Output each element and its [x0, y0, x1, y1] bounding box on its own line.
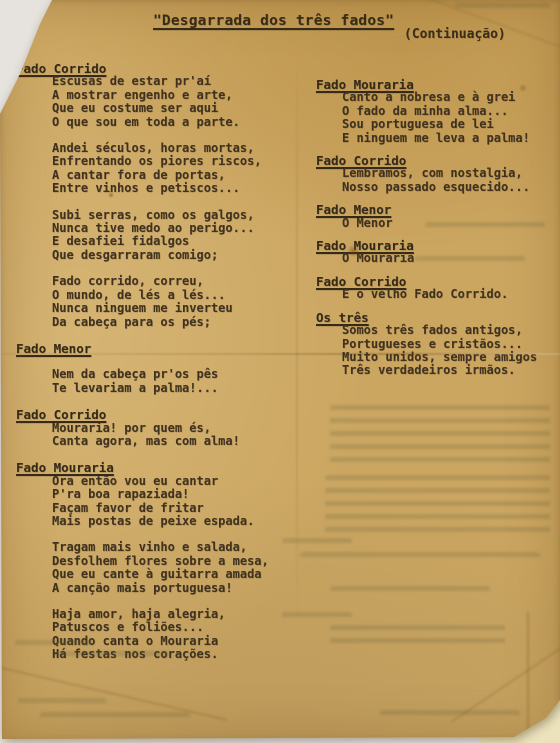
verse-line: Patuscos e foliões... [52, 621, 294, 634]
section-heading: Fado Corrido [16, 408, 294, 421]
section-heading: Fado Corrido [316, 275, 558, 288]
verse-line: Mais postas de peixe espada. [52, 515, 294, 528]
verse-line: P'ra boa rapaziada! [52, 488, 294, 501]
verse-line: Façam favor de fritar [52, 502, 294, 515]
verse-line: Enfrentando os piores riscos, [52, 155, 294, 168]
paper-sheet: "Desgarrada dos três fados" (Continuação… [0, 0, 560, 741]
verse-line: Canto à nobresa e à grei [342, 91, 558, 104]
verse-line: Nunca ninguem me inverteu [52, 302, 294, 315]
fado-section: Fado CorridoE o velho Fado Corrido. [316, 275, 558, 302]
fado-section: Fado MourariaO Mouraria [316, 239, 558, 266]
vertical-fold-crease [296, 60, 298, 620]
verse-line: Desfolhem flores sobre a mesa, [52, 555, 294, 568]
stanza: Haja amor, haja alegria,Patuscos e foliõ… [52, 608, 294, 662]
stanza: Escusas de estar pr'aíA mostrar engenho … [52, 75, 294, 129]
section-heading: Fado Menor [16, 342, 294, 355]
verse-line: Canta agora, mas com alma! [52, 435, 294, 448]
bleed-through-smudge [330, 625, 505, 651]
stanza: Ora então vou eu cantarP'ra boa rapaziad… [52, 475, 294, 529]
verse-line: O Menor [342, 217, 558, 230]
fado-section: Fado CorridoEscusas de estar pr'aíA most… [16, 62, 294, 329]
stanza: Andei séculos, horas mortas,Enfrentando … [52, 142, 294, 196]
verse-line: Entre vinhos e petiscos... [52, 182, 294, 195]
verse-line: Andei séculos, horas mortas, [52, 142, 294, 155]
verse-line: A mostrar engenho e arte, [52, 89, 294, 102]
fado-section: Fado CorridoMouraria! por quem és,Canta … [16, 408, 294, 448]
stanza: Subi serras, como os galgos,Nunca tive m… [52, 209, 294, 263]
verse-line: O Mouraria [342, 252, 558, 265]
section-heading: Fado Mouraria [316, 239, 558, 252]
verse-line: E o velho Fado Corrido. [342, 288, 558, 301]
verse-line: O fado da minha alma... [342, 105, 558, 118]
verse-line: Te levariam a palma!... [52, 382, 294, 395]
continuation-label: (Continuação) [404, 27, 506, 42]
verse-line: Quando canta o Mouraria [52, 635, 294, 648]
diagonal-crease-bottom-right [451, 631, 560, 722]
fado-section: Fado MenorNem da cabeça pr'os pêsTe leva… [16, 342, 294, 395]
verse-line: Que eu cante à guitarra amada [52, 568, 294, 581]
stanza: Somos três fados antigos,Portugueses e c… [342, 324, 558, 378]
verse-line: O que sou em toda a parte. [52, 116, 294, 129]
edge-stain [0, 26, 9, 50]
fado-section: Fado MourariaOra então vou eu cantarP'ra… [16, 461, 294, 661]
verse-line: A canção mais portuguesa! [52, 582, 294, 595]
verse-line: Nem da cabeça pr'os pês [52, 368, 294, 381]
stanza: Mouraria! por quem és,Canta agora, mas c… [52, 422, 294, 449]
bleed-through-smudge [330, 586, 490, 597]
section-heading: Fado Mouraria [316, 78, 558, 91]
fado-section: Fado MourariaCanto à nobresa e à greiO f… [316, 78, 558, 145]
stanza: O Menor [342, 217, 558, 230]
verse-line: E desafiei fidalgos [52, 235, 294, 248]
bleed-through-smudge [325, 475, 550, 537]
verse-line: A cantar fora de portas, [52, 169, 294, 182]
section-heading: Fado Menor [316, 203, 558, 216]
left-column: Fado CorridoEscusas de estar pr'aíA most… [16, 62, 294, 675]
stanza: Fado corrido, correu,O mundo, de lés a l… [52, 275, 294, 329]
section-heading: Fado Mouraria [16, 461, 294, 474]
section-heading: Os três [316, 311, 558, 324]
verse-line: Lembramos, com nostalgia, [342, 167, 558, 180]
stanza: O Mouraria [342, 252, 558, 265]
verse-line: Da cabeça para os pés; [52, 316, 294, 329]
section-heading: Fado Corrido [16, 62, 294, 75]
paper-wrapper: "Desgarrada dos três fados" (Continuação… [0, 0, 560, 743]
document-header: "Desgarrada dos três fados" (Continuação… [0, 0, 560, 60]
verse-line: E ninguem me leva a palma! [342, 132, 558, 145]
verse-line: Nunca tive medo ao perigo... [52, 222, 294, 235]
verse-line: Mouraria! por quem és, [52, 422, 294, 435]
verse-line: Que desgarraram comigo; [52, 249, 294, 262]
verse-line: O mundo, de lés a lés... [52, 289, 294, 302]
verse-line: Somos três fados antigos, [342, 324, 558, 337]
stanza: Tragam mais vinho e salada,Desfolhem flo… [52, 541, 294, 595]
bleed-through-smudge [18, 698, 106, 708]
bleed-through-smudge [300, 552, 540, 562]
verse-line: Muito unidos, sempre amigos [342, 351, 558, 364]
vertical-crease-bottom-right [527, 612, 529, 743]
bleed-through-smudge [40, 712, 190, 723]
verse-line: Nosso passado esquecido... [342, 181, 558, 194]
fado-section: Os trêsSomos três fados antigos,Portugue… [316, 311, 558, 378]
verse-line: Tragam mais vinho e salada, [52, 541, 294, 554]
stanza: E o velho Fado Corrido. [342, 288, 558, 301]
verse-line: Que eu costume ser aqui [52, 102, 294, 115]
fado-section: Fado CorridoLembramos, com nostalgia,Nos… [316, 154, 558, 194]
bleed-through-smudge [380, 710, 520, 720]
verse-line: Haja amor, haja alegria, [52, 608, 294, 621]
stanza: Canto à nobresa e à greiO fado da minha … [342, 91, 558, 145]
verse-line: Subi serras, como os galgos, [52, 209, 294, 222]
verse-line: Há festas nos corações. [52, 648, 294, 661]
scan-stage: "Desgarrada dos três fados" (Continuação… [0, 0, 560, 743]
section-heading: Fado Corrido [316, 154, 558, 167]
stanza: Lembramos, com nostalgia,Nosso passado e… [342, 167, 558, 194]
verse-line: Portugueses e cristãos... [342, 338, 558, 351]
fado-section: Fado MenorO Menor [316, 203, 558, 230]
bleed-through-smudge [330, 405, 550, 465]
right-column: Fado MourariaCanto à nobresa e à greiO f… [316, 78, 558, 387]
verse-line: Escusas de estar pr'aí [52, 75, 294, 88]
verse-line: Sou portuguesa de lei [342, 118, 558, 131]
verse-line: Três verdadeiros irmãos. [342, 364, 558, 377]
verse-line: Fado corrido, correu, [52, 275, 294, 288]
stanza: Nem da cabeça pr'os pêsTe levariam a pal… [52, 368, 294, 395]
document-title: "Desgarrada dos três fados" [153, 13, 394, 29]
verse-line: Ora então vou eu cantar [52, 475, 294, 488]
